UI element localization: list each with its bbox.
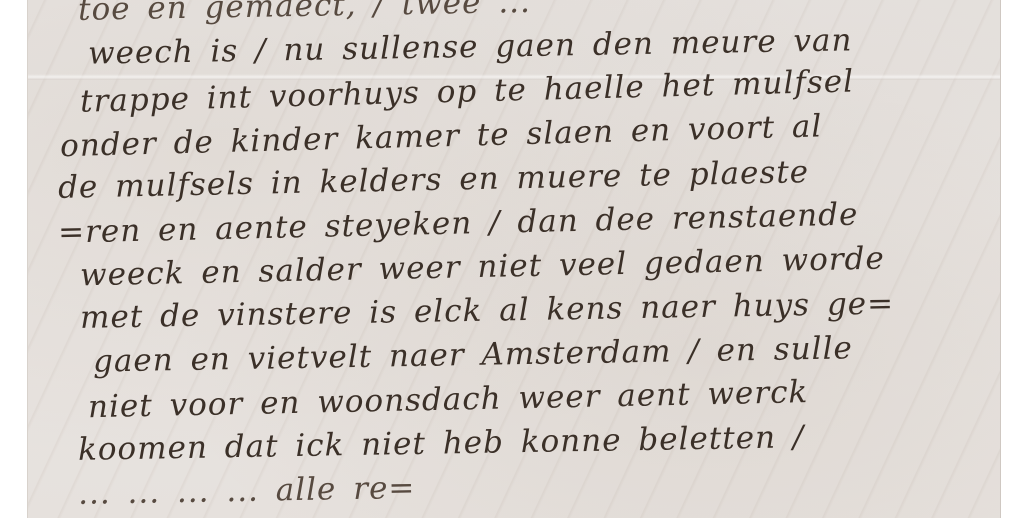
manuscript-paper: toe en gemaect, / twee ... weech is / nu… xyxy=(27,0,1001,518)
handwritten-text-block: toe en gemaect, / twee ... weech is / nu… xyxy=(58,0,998,508)
document-page: toe en gemaect, / twee ... weech is / nu… xyxy=(0,0,1024,518)
